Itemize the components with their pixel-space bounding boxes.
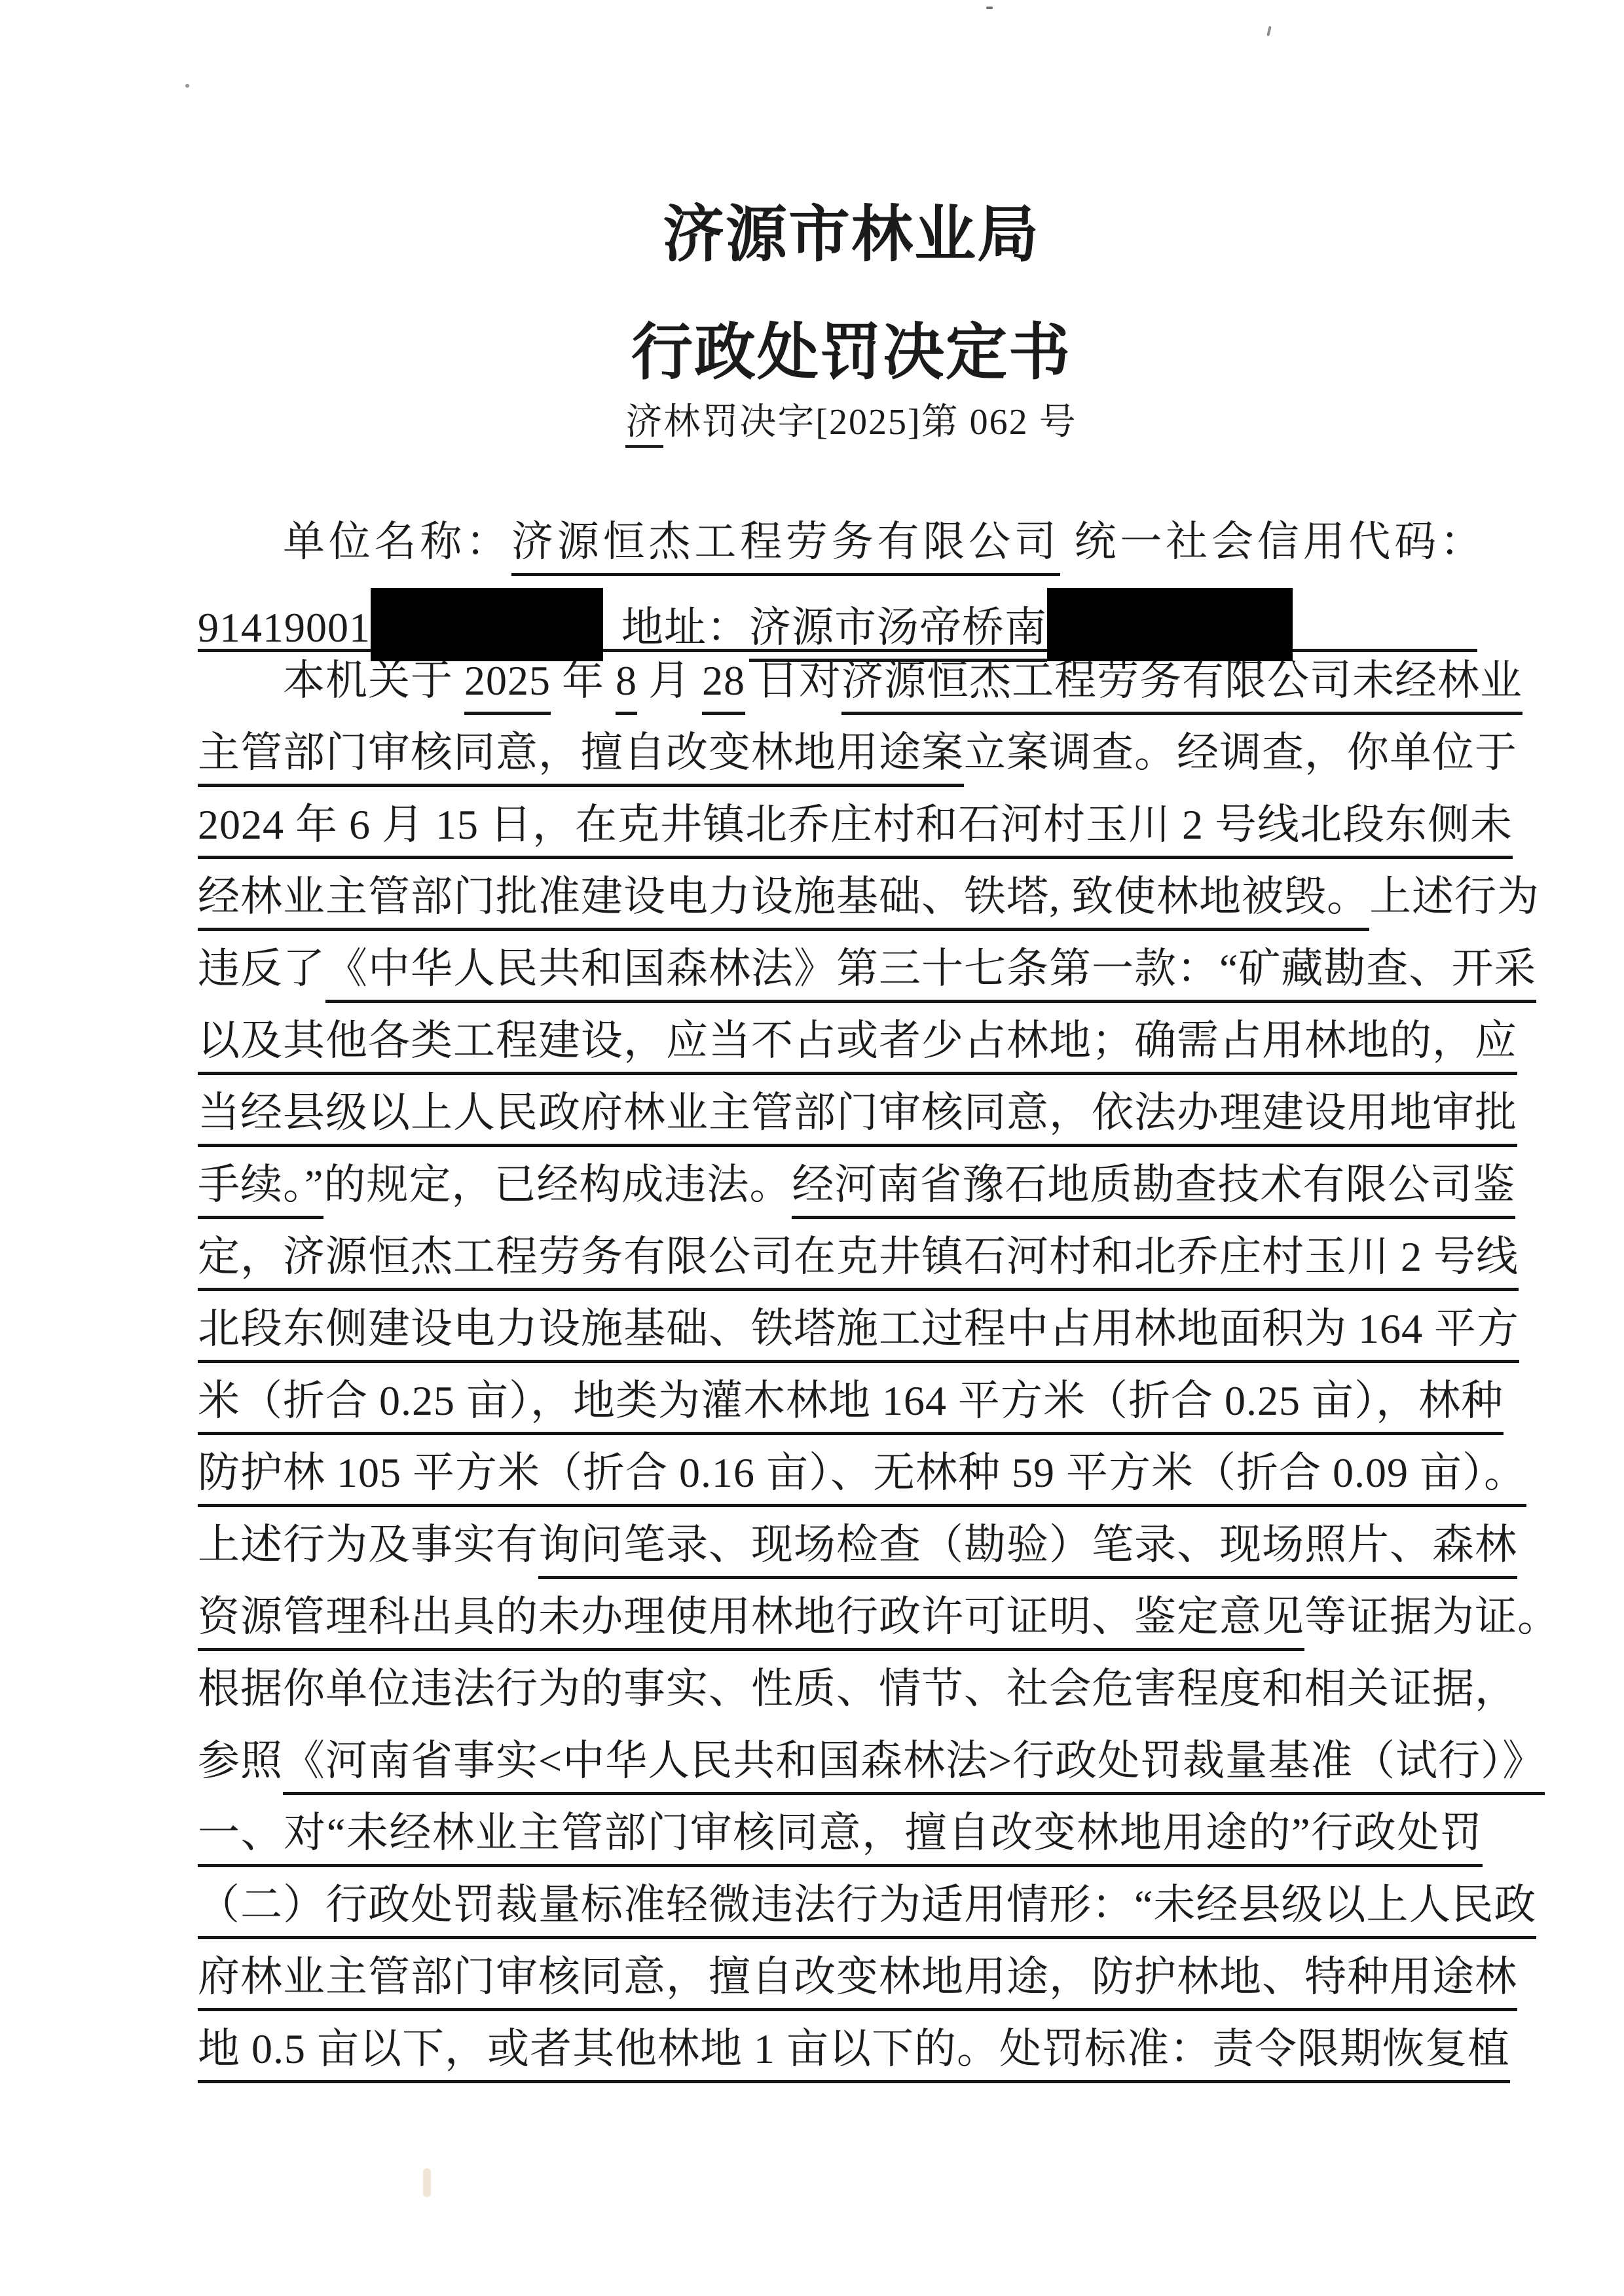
- body-line: 定，济源恒杰工程劳务有限公司在克井镇石河村和北乔庄村玉川 2 号线: [198, 1231, 1483, 1291]
- underlined-text-run: 府林业主管部门审核同意，擅自改变林地用途，防护林地、特种用途林: [198, 1954, 1517, 2011]
- scanned-page: { "doc": { "title1": "济源市林业局", "title2":…: [0, 0, 1624, 2296]
- underlined-text-run: 定，济源恒杰工程劳务有限公司在克井镇石河村和北乔庄村玉川 2 号线: [198, 1233, 1519, 1291]
- text-run: 等证据为证。: [1304, 1594, 1560, 1640]
- underlined-text-run: 米（折合 0.25 亩），地类为灌木林地 164 平方米（折合 0.25 亩），…: [198, 1377, 1504, 1435]
- underlined-text-run: 以及其他各类工程建设，应当不占或者少占林地；确需占用林地的，应: [198, 1017, 1517, 1075]
- underlined-text-run: 经河南省豫石地质勘查技术有限公司鉴: [792, 1161, 1515, 1219]
- body-line: 以及其他各类工程建设，应当不占或者少占林地；确需占用林地的，应: [198, 1015, 1483, 1075]
- body-line: 参照《河南省事实<中华人民共和国森林法>行政处罚裁量基准（试行）》: [198, 1735, 1483, 1795]
- text-run: 立案调查。经调查，你单位于: [964, 729, 1517, 776]
- body-line: 2024 年 6 月 15 日，在克井镇北乔庄村和石河村玉川 2 号线北段东侧未: [198, 799, 1483, 859]
- text-run: 地址：: [621, 604, 749, 651]
- body-line: 手续。”的规定，已经构成违法。经河南省豫石地质勘查技术有限公司鉴: [198, 1159, 1483, 1219]
- text-run: 上述行为: [1369, 873, 1540, 920]
- body-line: 资源管理科出具的未办理使用林地行政许可证明、鉴定意见等证据为证。: [198, 1591, 1483, 1651]
- text-run: 的规定，已经构成违法。: [323, 1161, 792, 1208]
- text-run: 月: [637, 657, 702, 704]
- body-line: 米（折合 0.25 亩），地类为灌木林地 164 平方米（折合 0.25 亩），…: [198, 1375, 1483, 1435]
- document-number: 济林罚决字[2025]第 062 号: [92, 393, 1611, 445]
- body-line: 北段东侧建设电力设施基础、铁塔施工过程中占用林地面积为 164 平方: [198, 1303, 1483, 1363]
- body-line: 地 0.5 亩以下，或者其他林地 1 亩以下的。处罚标准：责令限期恢复植: [198, 2023, 1483, 2083]
- underlined-text-run: 《河南省事实<中华人民共和国森林法>行政处罚裁量基准（试行）》: [283, 1738, 1545, 1795]
- scan-artifact: [986, 7, 993, 9]
- body-line: 上述行为及事实有询问笔录、现场检查（勘验）笔录、现场照片、森林: [198, 1519, 1483, 1579]
- text-run: 年: [551, 657, 616, 704]
- body-line: 单位名称：济源恒杰工程劳务有限公司 统一社会信用代码：: [198, 516, 1483, 576]
- underlined-text-run: 防护林 105 平方米（折合 0.16 亩）、无林种 59 平方米（折合 0.0…: [198, 1449, 1526, 1507]
- text-run: 统一社会信用代码：: [1060, 519, 1483, 565]
- body-line: 违反了《中华人民共和国森林法》第三十七条第一款：“矿藏勘查、开采: [198, 943, 1483, 1003]
- body-line: 府林业主管部门审核同意，擅自改变林地用途，防护林地、特种用途林: [198, 1951, 1483, 2011]
- redaction-box: [371, 588, 603, 661]
- penalty-decision-document: 济源市林业局 行政处罚决定书 济林罚决字[2025]第 062 号 单位名称：济…: [0, 0, 1624, 2296]
- document-number-rest: 林罚决字[2025]第 062 号: [663, 402, 1077, 443]
- text-run: 参照: [198, 1738, 283, 1784]
- underlined-text-run: 济源恒杰工程劳务有限公司: [511, 519, 1060, 576]
- scan-artifact: [185, 84, 189, 88]
- underlined-text-run: 28: [702, 657, 745, 715]
- underlined-text-run: 询问笔录、现场检查（勘验）笔录、现场照片、森林: [538, 1522, 1517, 1579]
- agency-title: 济源市林业局: [92, 185, 1611, 273]
- scan-artifact: [423, 2168, 431, 2197]
- text-run: 91419001: [198, 604, 371, 651]
- body-line: 根据你单位违法行为的事实、性质、情节、社会危害程度和相关证据，: [198, 1663, 1483, 1723]
- text-run: 本机关于: [283, 657, 464, 704]
- underlined-text-run: 《中华人民共和国森林法》第三十七条第一款：“矿藏勘查、开采: [325, 945, 1536, 1003]
- underlined-text-run: 2024 年 6 月 15 日，在克井镇北乔庄村和石河村玉川 2 号线北段东侧未: [198, 801, 1513, 859]
- scan-artifact: [1266, 26, 1272, 37]
- underlined-text-run: 地 0.5 亩以下，或者其他林地 1 亩以下的。处罚标准：责令限期恢复植: [198, 2026, 1510, 2083]
- body-line: 本机关于 2025 年 8 月 28 日对济源恒杰工程劳务有限公司未经林业: [198, 655, 1483, 715]
- underlined-text-run: 主管部门审核同意，擅自改变林地用途案: [198, 729, 964, 787]
- text-run: 违反了: [198, 945, 325, 992]
- text-run: 根据你单位违法行为的事实、性质、情节、社会危害程度和相关证据，: [198, 1666, 1517, 1712]
- underlined-text-run: 资源管理科出具的未办理使用林地行政许可证明、鉴定意见: [198, 1594, 1304, 1651]
- text-run: 日对: [745, 657, 841, 704]
- underlined-text-run: 一、对“未经林业主管部门审核同意，擅自改变林地用途的”行政处罚: [198, 1810, 1483, 1867]
- document-type-title: 行政处罚决定书: [92, 302, 1611, 391]
- body-line: 主管部门审核同意，擅自改变林地用途案立案调查。经调查，你单位于: [198, 727, 1483, 787]
- underlined-text-run: 北段东侧建设电力设施基础、铁塔施工过程中占用林地面积为 164 平方: [198, 1305, 1519, 1363]
- underlined-text-run: 当经县级以上人民政府林业主管部门审核同意，依法办理建设用地审批: [198, 1089, 1517, 1147]
- underlined-text-run: （二）行政处罚裁量标准轻微违法行为适用情形：“未经县级以上人民政: [198, 1882, 1536, 1939]
- body-line: （二）行政处罚裁量标准轻微违法行为适用情形：“未经县级以上人民政: [198, 1879, 1483, 1939]
- text-run: 上述行为及事实有: [198, 1522, 538, 1568]
- underlined-text-run: 8: [616, 657, 637, 715]
- redaction-box: [1047, 588, 1293, 661]
- underlined-text-run: 济源市汤帝桥南: [749, 604, 1047, 662]
- body-line: 经林业主管部门批准建设电力设施基础、铁塔, 致使林地被毁。上述行为: [198, 871, 1483, 931]
- body-line: 当经县级以上人民政府林业主管部门审核同意，依法办理建设用地审批: [198, 1087, 1483, 1147]
- text-run: 单位名称：: [283, 519, 511, 565]
- document-number-first-char: 济: [625, 402, 663, 448]
- body-line-redacted: 91419001地址：济源市汤帝桥南: [198, 588, 1483, 648]
- body-line: 防护林 105 平方米（折合 0.16 亩）、无林种 59 平方米（折合 0.0…: [198, 1447, 1483, 1507]
- underlined-text-run: 济源恒杰工程劳务有限公司未经林业: [841, 657, 1522, 715]
- underlined-text-run: 经林业主管部门批准建设电力设施基础、铁塔, 致使林地被毁。: [198, 873, 1369, 931]
- underlined-text-run: 手续。”: [198, 1161, 323, 1219]
- underlined-text-run: 2025: [464, 657, 551, 715]
- body-line: 一、对“未经林业主管部门审核同意，擅自改变林地用途的”行政处罚: [198, 1807, 1483, 1867]
